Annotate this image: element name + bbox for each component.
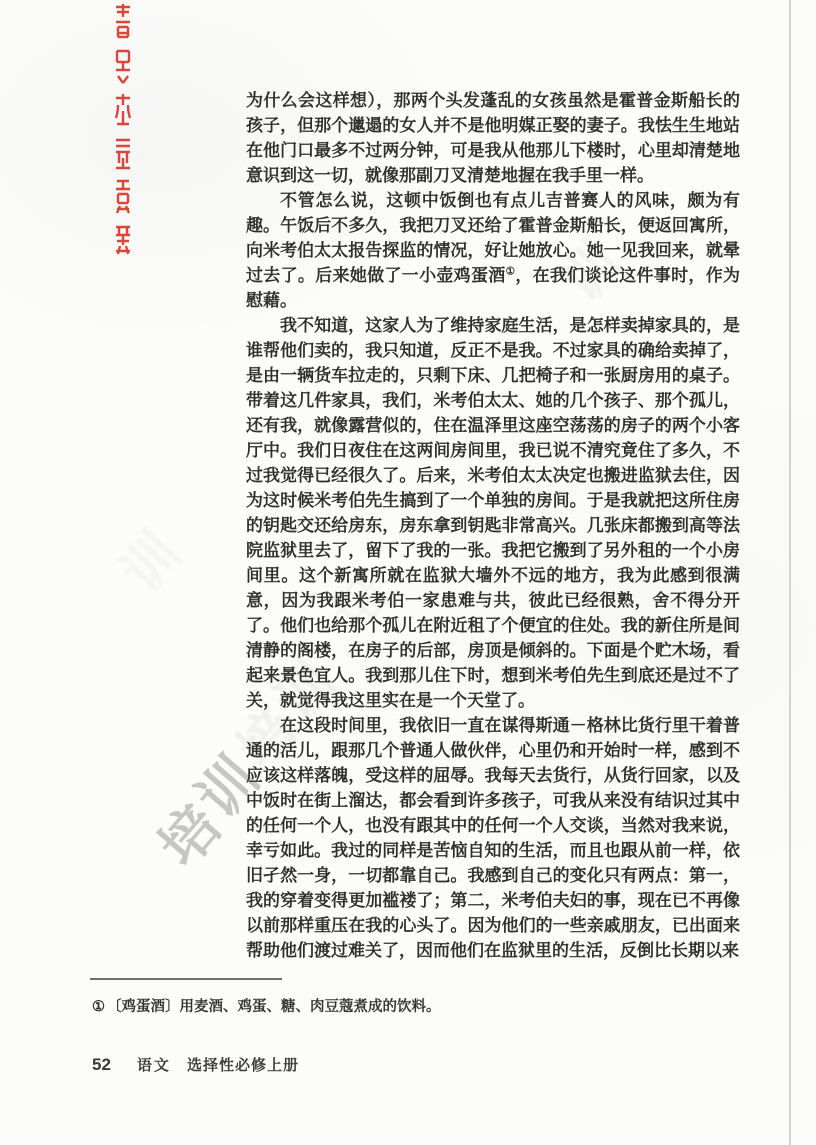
red-stamp-icon [114,48,132,84]
footnote-ref: ① [506,266,516,277]
red-stamp-icon [114,3,132,39]
footnote-divider [90,978,282,980]
red-stamp-icon [114,223,132,255]
paragraph: 不管怎么说，这顿中饭倒也有点儿吉普赛人的风味，颇为有趣。午饭后不多久，我把刀叉还… [246,188,740,313]
watermark-text: 培 [137,785,236,882]
paragraph: 在这段时间里，我依旧一直在谋得斯通－格林比货行里干着普通的活儿，跟那几个普通人做… [246,713,740,963]
footer-book-title: 选择性必修上册 [187,1054,299,1075]
paragraph: 我不知道，这家人为了维持家庭生活，是怎样卖掉家具的，是谁帮他们卖的，我只知道，反… [246,313,740,713]
footnote: ①〔鸡蛋酒〕用麦酒、鸡蛋、糖、肉豆蔻煮成的饮料。 [92,998,652,1017]
body-text: 为什么会这样想），那两个头发蓬乱的女孩虽然是霍普金斯船长的孩子，但那个邋遢的女人… [246,88,740,963]
textbook-page: 培 训 培 训 培 训 训 为什么会这样想），那两个头发蓬乱的女孩虽然是霍普金斯… [0,0,816,1145]
page-number: 52 [92,1055,111,1075]
red-stamp-icon [114,136,132,170]
footer-subject: 语文 [137,1054,171,1075]
red-stamp-marks [114,3,134,255]
page-footer: 52 语文 选择性必修上册 [92,1054,299,1075]
paragraph: 为什么会这样想），那两个头发蓬乱的女孩虽然是霍普金斯船长的孩子，但那个邋遢的女人… [246,88,740,188]
page-edge-line [789,0,791,1145]
watermark-ghost: 训 [100,513,196,606]
red-stamp-icon [114,179,132,214]
footnote-text: 〔鸡蛋酒〕用麦酒、鸡蛋、糖、肉豆蔻煮成的饮料。 [107,999,441,1015]
red-stamp-icon [114,93,132,127]
footnote-marker: ① [92,999,105,1015]
